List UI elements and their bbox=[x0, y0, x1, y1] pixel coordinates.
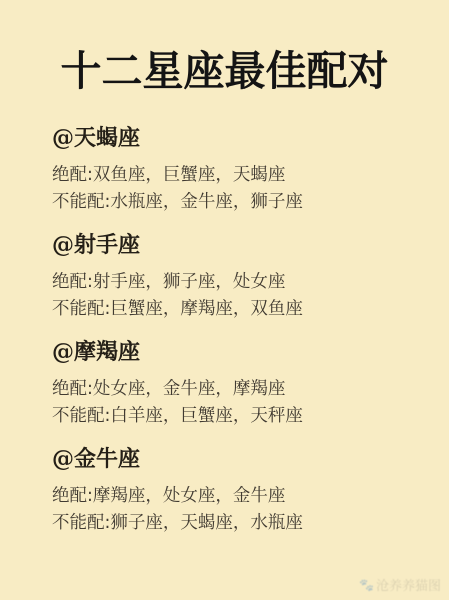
section-title: @金牛座 bbox=[52, 446, 433, 472]
section-taurus: @金牛座 绝配:摩羯座，处女座，金牛座 不能配:狮子座，天蝎座，水瓶座 bbox=[52, 446, 433, 537]
watermark: 🐾 沧养养猫图 bbox=[359, 575, 441, 594]
best-match-line: 绝配:摩羯座，处女座，金牛座 bbox=[52, 483, 433, 510]
section-title: @天蝎座 bbox=[52, 125, 433, 151]
section-capricorn: @摩羯座 绝配:处女座，金牛座，摩羯座 不能配:白羊座，巨蟹座，天秤座 bbox=[52, 339, 433, 430]
section-title: @摩羯座 bbox=[52, 339, 433, 365]
sections-list: @天蝎座 绝配:双鱼座，巨蟹座，天蝎座 不能配:水瓶座，金牛座，狮子座 @射手座… bbox=[0, 96, 449, 537]
best-match-line: 绝配:射手座，狮子座，处女座 bbox=[52, 269, 433, 296]
worst-match-line: 不能配:狮子座，天蝎座，水瓶座 bbox=[52, 510, 433, 537]
worst-match-line: 不能配:水瓶座，金牛座，狮子座 bbox=[52, 189, 433, 216]
section-scorpio: @天蝎座 绝配:双鱼座，巨蟹座，天蝎座 不能配:水瓶座，金牛座，狮子座 bbox=[52, 125, 433, 216]
watermark-text: 沧养养猫图 bbox=[376, 575, 441, 594]
page-title: 十二星座最佳配对 bbox=[0, 0, 449, 96]
worst-match-line: 不能配:巨蟹座，摩羯座，双鱼座 bbox=[52, 296, 433, 323]
best-match-line: 绝配:双鱼座，巨蟹座，天蝎座 bbox=[52, 162, 433, 189]
section-sagittarius: @射手座 绝配:射手座，狮子座，处女座 不能配:巨蟹座，摩羯座，双鱼座 bbox=[52, 232, 433, 323]
worst-match-line: 不能配:白羊座，巨蟹座，天秤座 bbox=[52, 403, 433, 430]
section-title: @射手座 bbox=[52, 232, 433, 258]
paw-icon: 🐾 bbox=[359, 578, 374, 592]
best-match-line: 绝配:处女座，金牛座，摩羯座 bbox=[52, 376, 433, 403]
zodiac-pairing-page: 十二星座最佳配对 @天蝎座 绝配:双鱼座，巨蟹座，天蝎座 不能配:水瓶座，金牛座… bbox=[0, 0, 449, 600]
